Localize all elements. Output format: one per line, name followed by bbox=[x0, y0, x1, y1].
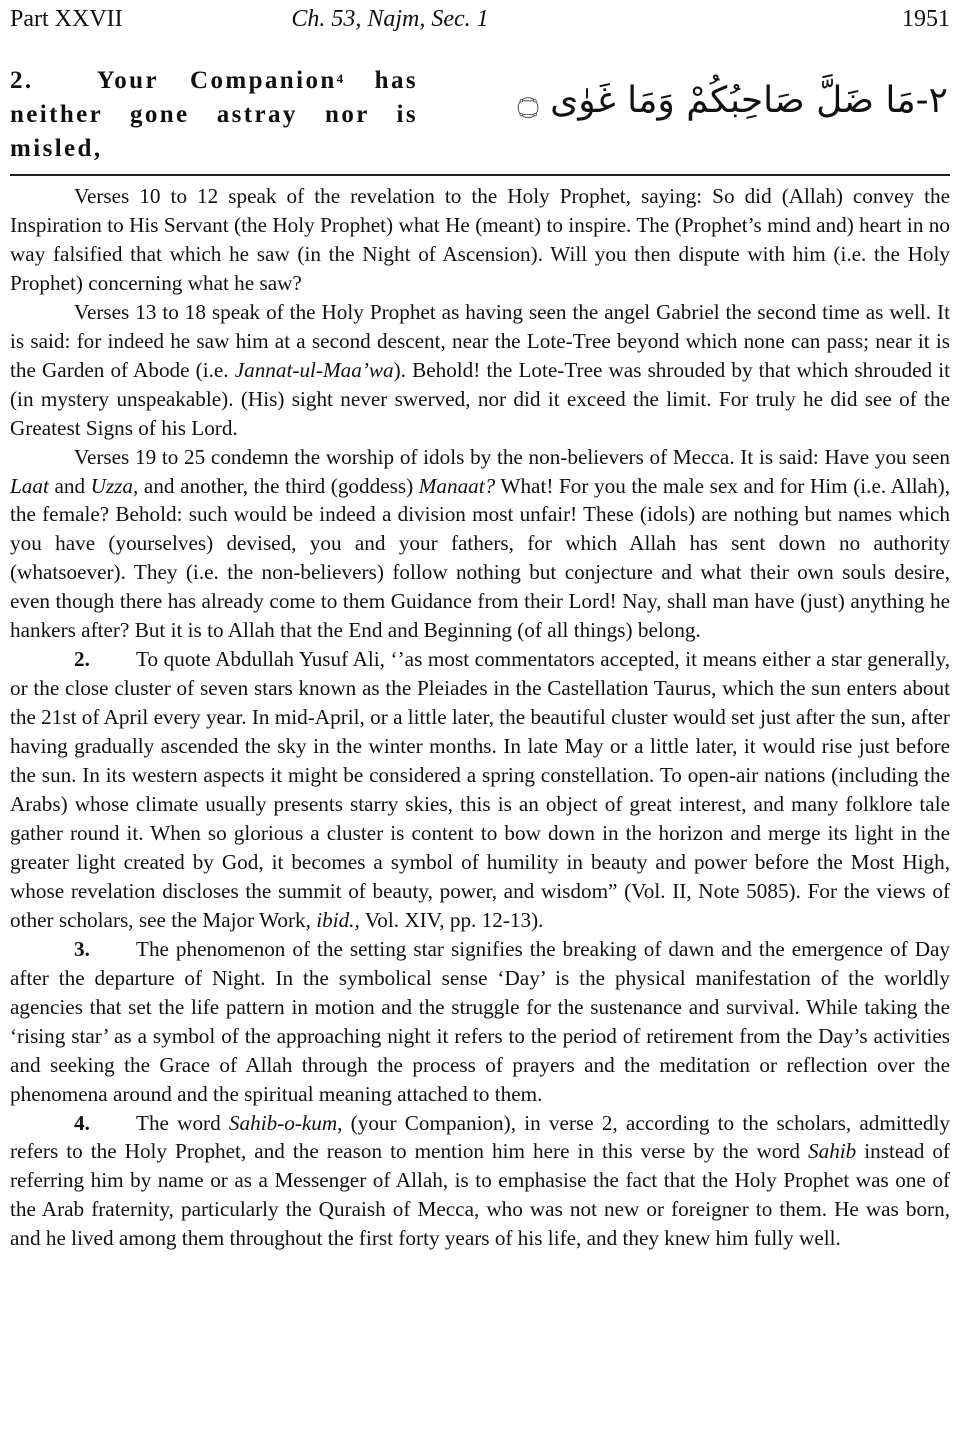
italic-term: Laat bbox=[10, 474, 49, 498]
italic-term: ibid., bbox=[316, 908, 360, 932]
page-number: 1951 bbox=[902, 6, 950, 33]
italic-term: Manaat? bbox=[419, 474, 496, 498]
italic-term: Sahib bbox=[808, 1139, 856, 1163]
verse-block: 2. Your Companion4 has neither gone astr… bbox=[10, 64, 950, 164]
verse-translation: 2. Your Companion4 has neither gone astr… bbox=[10, 64, 418, 166]
commentary-paragraph: Verses 13 to 18 speak of the Holy Prophe… bbox=[10, 298, 950, 443]
text-segment: What! For you the male sex and for Him (… bbox=[10, 474, 950, 643]
verse-arabic: ٢-مَا ضَلَّ صَاحِبُكُمْ وَمَا غَوٰى ۝ bbox=[518, 80, 948, 121]
commentary-paragraph: Verses 10 to 12 speak of the revelation … bbox=[10, 182, 950, 298]
footnote-paragraph: 4.The word Sahib-o-kum, (your Companion)… bbox=[10, 1109, 950, 1254]
text-segment: Verses 19 to 25 condemn the worship of i… bbox=[74, 445, 950, 469]
commentary-body: Verses 10 to 12 speak of the revelation … bbox=[10, 182, 950, 1253]
footnote-reference: 4 bbox=[337, 71, 344, 86]
text-segment: The word bbox=[136, 1111, 229, 1135]
text-segment: and bbox=[49, 474, 91, 498]
text-segment: Verses 10 to 12 speak of the revelation … bbox=[10, 184, 950, 295]
commentary-paragraph: Verses 19 to 25 condemn the worship of i… bbox=[10, 443, 950, 646]
footnote-paragraph: 2.To quote Abdullah Yusuf Ali, ‘’as most… bbox=[10, 645, 950, 935]
footnote-number: 3. bbox=[74, 935, 136, 964]
chapter-label: Ch. 53, Najm, Sec. 1 bbox=[291, 6, 488, 33]
text-segment: The phenomenon of the setting star signi… bbox=[10, 937, 950, 1106]
text-segment: Vol. XIV, pp. 12-13). bbox=[360, 908, 544, 932]
italic-term: Sahib-o-kum, bbox=[229, 1111, 343, 1135]
verse-text-start: Your Companion bbox=[97, 67, 337, 94]
footnote-number: 4. bbox=[74, 1109, 136, 1138]
running-head: Part XXVII Ch. 53, Najm, Sec. 1 1951 bbox=[10, 4, 950, 34]
italic-term: Uzza, bbox=[91, 474, 139, 498]
text-segment: and another, the third (goddess) bbox=[138, 474, 418, 498]
footnote-paragraph: 3.The phenomenon of the setting star sig… bbox=[10, 935, 950, 1109]
text-segment: To quote Abdullah Yusuf Ali, ‘’as most c… bbox=[10, 647, 950, 932]
verse-number: 2. bbox=[10, 67, 34, 94]
italic-term: Jannat-ul-Maa’wa bbox=[235, 358, 394, 382]
part-label: Part XXVII bbox=[10, 6, 123, 33]
section-divider bbox=[10, 174, 950, 176]
footnote-number: 2. bbox=[74, 645, 136, 674]
